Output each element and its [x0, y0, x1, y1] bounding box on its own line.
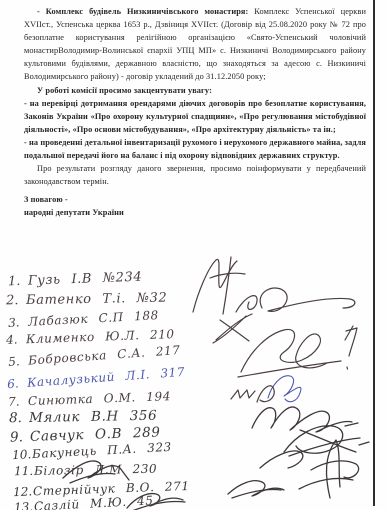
- signature-stroke: [260, 451, 303, 468]
- signatory-name: Мялик В.Н 356: [29, 408, 158, 426]
- signature-stroke: [359, 442, 369, 445]
- signatory-number: 3.: [8, 315, 29, 330]
- signatory-row: 6.Качалузький Л.І. 317: [7, 365, 186, 391]
- signatory-name: Синютка О.М. 194: [28, 389, 171, 408]
- signature-stroke: [193, 259, 237, 312]
- signature-stroke: [236, 296, 257, 312]
- paragraph-bullet-inspection: - на перевірці дотримання орендарями дію…: [24, 97, 366, 136]
- signature-stroke: [345, 326, 357, 356]
- signatory-row: 4.Клименко Ю.Л. 210: [6, 327, 175, 347]
- signatory-number: 6.: [7, 376, 28, 391]
- signature-stroke: [257, 386, 274, 402]
- signature-stroke: [311, 461, 359, 478]
- signatory-row: 7.Синютка О.М. 194: [8, 389, 171, 409]
- signatory-number: 1.: [8, 274, 29, 290]
- paragraph-request-inform: Про результати розгляду даного звернення…: [24, 162, 366, 188]
- signatory-number: 9.: [10, 429, 31, 446]
- signature-stroke: [268, 376, 301, 402]
- closing-deputies: народні депутати України: [24, 207, 366, 220]
- signatory-number: 11.: [14, 464, 34, 478]
- paragraph-bullet-inventory: - на проведенні детальної інвентаризації…: [24, 136, 366, 162]
- signature-stroke: [223, 257, 231, 314]
- signatory-row: 3.Лабазюк С.П 188: [8, 308, 159, 330]
- paragraph-lead-rest: Комплекс Успенської церкви XVIIст., Успе…: [24, 7, 366, 81]
- signature-stroke: [289, 438, 360, 456]
- signature-stroke: [300, 430, 356, 452]
- signatory-number: 8.: [9, 410, 29, 426]
- scanned-letter-page: - Комплекс будівель Низкиничівського мон…: [0, 0, 387, 510]
- signature-stroke: [260, 288, 355, 311]
- signatory-name: Гузь І.В №234: [28, 270, 143, 289]
- signature-stroke: [216, 314, 252, 340]
- signature-stroke: [284, 426, 343, 453]
- signature-stroke: [252, 407, 352, 432]
- signatory-row: 5.Бобровська С.А. 217: [8, 343, 181, 369]
- signatory-number: 12.: [13, 484, 33, 499]
- signature-stroke: [326, 440, 340, 498]
- signatory-row: 8.Мялик В.Н 356: [9, 408, 158, 427]
- signature-stroke: [232, 489, 281, 498]
- signature-stroke: [213, 316, 246, 343]
- signatory-name: Клименко Ю.Л. 210: [26, 327, 175, 346]
- closing-regards: З повагою -: [24, 194, 366, 207]
- closing-block: З повагою - народні депутати України: [24, 194, 366, 219]
- signature-stroke: [238, 361, 341, 377]
- paragraph-commission-note: У роботі комісії просимо закцентувати ув…: [24, 84, 366, 97]
- signatory-name: Бобровська С.А. 217: [28, 343, 181, 368]
- signature-stroke: [210, 273, 245, 278]
- paragraph-lead-bold: - Комплекс будівель Низкиничівського мон…: [37, 7, 248, 16]
- signatory-name: Білозір Л.М 230: [34, 462, 157, 478]
- document-body: - Комплекс будівель Низкиничівського мон…: [24, 5, 366, 219]
- paragraph-monastery-complex: - Комплекс будівель Низкиничівського мон…: [24, 5, 366, 84]
- signature-stroke: [347, 367, 348, 369]
- signatory-number: 4.: [6, 332, 26, 347]
- signatory-number: 10.: [12, 447, 33, 462]
- signature-stroke: [345, 423, 358, 426]
- signatory-row: 11.Білозір Л.М 230: [14, 462, 157, 478]
- signature-stroke: [220, 320, 249, 341]
- page-edge-line: [373, 0, 375, 506]
- signatory-number: 7.: [8, 394, 28, 409]
- signature-stroke: [299, 478, 353, 489]
- signatory-row: 1.Гузь І.В №234: [8, 270, 143, 290]
- signatory-row: 2.Батенко Т.і. №32: [6, 291, 168, 309]
- signature-stroke: [228, 481, 284, 496]
- signatory-name: Батенко Т.і. №32: [26, 291, 168, 308]
- signatory-number: 13.: [14, 500, 35, 510]
- signatory-number: 5.: [8, 354, 29, 369]
- signature-stroke: [241, 329, 327, 372]
- signature-stroke: [231, 390, 255, 399]
- signatory-name: Качалузький Л.І. 317: [27, 365, 186, 390]
- signatory-number: 2.: [6, 293, 26, 308]
- signatory-name: Лабазюк С.П 188: [28, 308, 159, 329]
